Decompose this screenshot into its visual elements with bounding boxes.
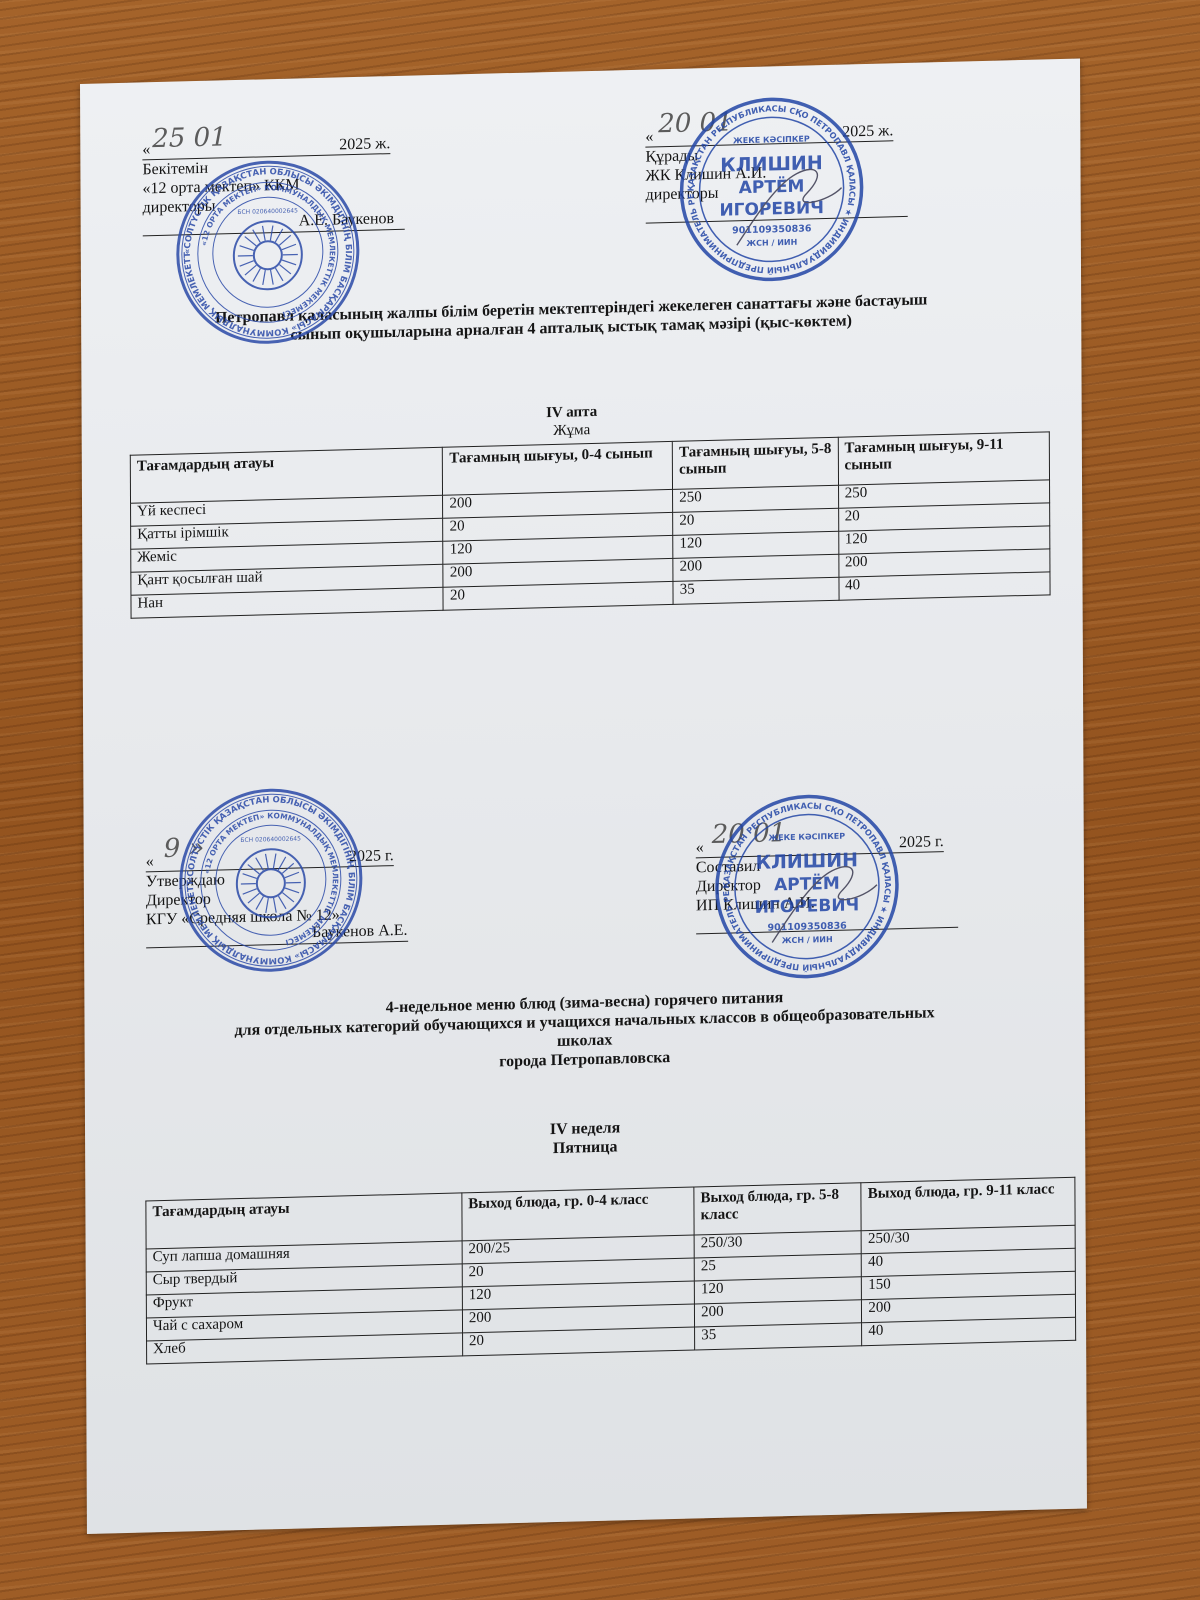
table-cell: 35 xyxy=(673,577,839,604)
svg-text:БСН 020640002645: БСН 020640002645 xyxy=(240,835,301,844)
kz-table-body: Үй кеспесі200250250Қатты ірімшік202020Же… xyxy=(131,480,1051,618)
kz-menu-table: Тағамдардың атауыТағамның шығуы, 0-4 сын… xyxy=(130,431,1051,618)
ru-left-handwritten-date: 9 » xyxy=(164,833,205,864)
kz-left-handwritten-date: 25 01 xyxy=(152,122,227,154)
kz-right-date-open: « xyxy=(645,127,653,146)
ru-menu-table: Тағамдардың атауыВыход блюда, гр. 0-4 кл… xyxy=(145,1177,1076,1365)
column-header: Тағамдардың атауы xyxy=(146,1193,462,1249)
ru-menu-title: 4-недельное меню блюд (зима-весна) горяч… xyxy=(124,982,1044,1081)
ru-right-year: 2025 г. xyxy=(899,832,944,852)
kz-left-name: А.Е. Баукенов xyxy=(299,209,394,230)
table-cell: 40 xyxy=(839,572,1051,600)
svg-text:ЖСН / ИИН: ЖСН / ИИН xyxy=(746,238,797,248)
svg-text:901109350836: 901109350836 xyxy=(732,223,812,236)
column-header: Тағамның шығуы, 0-4 сынып xyxy=(443,441,673,495)
ru-table-body: Суп лапша домашняя200/25250/30250/30Сыр … xyxy=(146,1225,1076,1364)
ru-left-year: 2025 г. xyxy=(349,846,394,866)
column-header: Тағамның шығуы, 9-11 сынып xyxy=(838,432,1050,485)
kz-right-handwritten-date: 20 01 xyxy=(658,107,733,139)
ru-week-header: IV неделя Пятница xyxy=(125,1108,1045,1169)
column-header: Выход блюда, гр. 5-8 класс xyxy=(694,1183,861,1235)
table-cell: 35 xyxy=(695,1323,862,1350)
column-header: Тағамның шығуы, 5-8 сынып xyxy=(672,437,838,489)
table-cell: 40 xyxy=(862,1317,1076,1345)
kz-left-date-open: « xyxy=(142,140,150,159)
kz-right-year: 2025 ж. xyxy=(842,121,893,141)
kz-menu-title: Петропавл қаласының жалпы білім беретін … xyxy=(121,288,1021,349)
document-page: « 2025 ж. Бекітемін «12 орта мектеп» ККМ… xyxy=(80,59,1087,1535)
column-header: Тағамдардың атауы xyxy=(130,447,443,503)
svg-text:ЖСН / ИИН: ЖСН / ИИН xyxy=(782,935,833,945)
column-header: Выход блюда, гр. 0-4 класс xyxy=(462,1187,694,1241)
column-header: Выход блюда, гр. 9-11 класс xyxy=(861,1177,1075,1230)
kz-left-year: 2025 ж. xyxy=(339,134,390,154)
table-cell: 20 xyxy=(443,581,673,610)
table-cell: 20 xyxy=(462,1327,694,1356)
ru-left-date-open: « xyxy=(146,852,154,871)
ru-right-handwritten-date: 20 01 xyxy=(712,818,787,850)
ru-right-date-open: « xyxy=(696,838,704,857)
ru-left-name: Баукенов А.Е. xyxy=(312,921,407,942)
